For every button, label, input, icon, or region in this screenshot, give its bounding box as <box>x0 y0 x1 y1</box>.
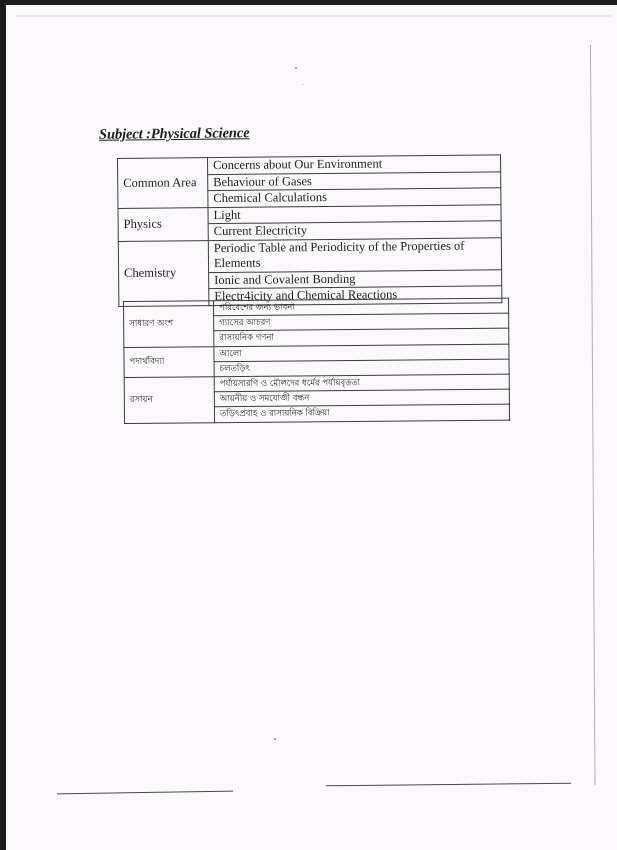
area-cell: Chemistry <box>118 240 209 306</box>
footer-rule-left <box>57 791 233 795</box>
area-cell: সাধারণ অংশ <box>124 301 214 347</box>
scan-edge-top <box>16 15 611 17</box>
area-cell: Common Area <box>118 158 208 208</box>
table-row: Chemistry Periodic Table and Periodicity… <box>118 237 501 273</box>
english-syllabus-table: Common Area Concerns about Our Environme… <box>117 154 502 306</box>
subject-heading: Subject :Physical Science <box>99 125 250 144</box>
area-cell: পদার্থবিদ্যা <box>124 346 214 377</box>
scanned-page: Subject :Physical Science Common Area Co… <box>6 5 617 850</box>
area-cell: রসায়ন <box>124 377 214 423</box>
bangla-syllabus-table: সাধারণ অংশ পরিবেশের জন্য ভাবনা গ্যাসের আ… <box>123 298 510 424</box>
area-cell: Physics <box>118 207 208 241</box>
scan-edge-right <box>590 45 596 785</box>
scan-speck <box>274 738 276 740</box>
scan-speck <box>302 84 303 85</box>
scan-speck <box>295 67 297 69</box>
topic-cell: Periodic Table and Periodicity of the Pr… <box>208 237 501 272</box>
topic-cell: তড়িৎপ্রবাহ ও রাসায়নিক বিক্রিয়া <box>214 405 509 423</box>
footer-rule-right <box>326 783 571 787</box>
